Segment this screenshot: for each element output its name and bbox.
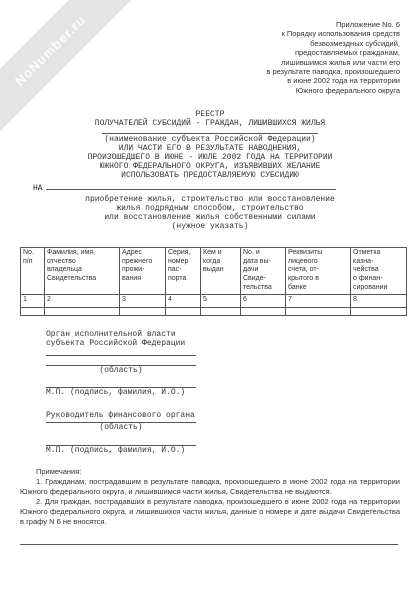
note-item: 2. Для граждан, пострадавших в результат… [20,497,400,527]
table-empty-row [21,307,407,315]
document-title-block: РЕЕСТР ПОЛУЧАТЕЛЕЙ СУБСИДИЙ - ГРАЖДАН, Л… [0,110,420,180]
title-line: ИЛИ ЧАСТИ ЕГО В РЕЗУЛЬТАТЕ НАВОДНЕНИЯ, [0,144,420,153]
subject-blank-line [102,131,318,134]
appendix-line: лишившимся жилья или части его [0,58,400,67]
empty-cell [201,307,241,315]
col-header-certificate: No. и дата вы- дачи Свиде- тельства [241,248,286,295]
index-cell: 4 [166,295,201,308]
empty-cell [286,307,351,315]
appendix-line: к Порядку использования средств [0,29,400,38]
col-header-owner-name: Фамилия, имя, отчество владельца Свидете… [45,248,120,295]
col-header-issued-by: Кем и когда выдан [201,248,241,295]
signature-block-authority: Орган исполнительной власти субъекта Рос… [46,330,420,398]
document-page: NoNumber.ru Приложение No. 6 к Порядку и… [0,0,420,600]
usage-option: жилья подрядным способом, строительство [0,204,420,213]
empty-cell [120,307,166,315]
title-line: ПРОИЗОШЕДШЕГО В ИЮНЕ - ИЮЛЕ 2002 ГОДА НА… [0,153,420,162]
registry-table: No. п/п Фамилия, имя, отчество владельца… [20,247,407,316]
table-header-row: No. п/п Фамилия, имя, отчество владельца… [21,248,407,295]
usage-option: приобретение жилья, строительство или во… [0,195,420,204]
appendix-line: в результате паводка, произошедшего [0,67,400,76]
appendix-header: Приложение No. 6 к Порядку использования… [0,0,400,95]
empty-cell [45,307,120,315]
index-cell: 5 [201,295,241,308]
index-cell: 1 [21,295,45,308]
usage-option: или восстановление жилья собственными си… [0,213,420,222]
blank-line [46,355,196,356]
table-index-row: 1 2 3 4 5 6 7 8 [21,295,407,308]
appendix-line: в июне 2002 года на территории [0,76,400,85]
col-header-bank-account: Реквизиты лицевого счета, от- крытого в … [286,248,351,295]
usage-line: НА [33,182,420,194]
col-header-passport: Серия, номер пас- порта [166,248,201,295]
empty-cell [21,307,45,315]
appendix-line: предоставляемых гражданам, [0,48,400,57]
note-item: 1. Гражданам, пострадавшим в результате … [20,477,400,497]
col-header-number: No. п/п [21,248,45,295]
index-cell: 7 [286,295,351,308]
usage-options: приобретение жилья, строительство или во… [0,195,420,231]
document-title: РЕЕСТР [0,110,420,119]
finance-head-label: Руководитель финансового органа [46,411,420,421]
appendix-line: Приложение No. 6 [0,20,400,29]
region-caption: (область) [46,366,196,376]
usage-caption: (нужное указать) [0,222,420,231]
stamp-signature-line: М.П. (подпись, фамилия, И.О.) [46,446,420,456]
index-cell: 2 [45,295,120,308]
appendix-line: Южного федерального округа [0,86,400,95]
stamp-signature-line: М.П. (подпись, фамилия, И.О.) [46,388,420,398]
appendix-line: безвозмездных субсидий, [0,39,400,48]
region-caption: (область) [46,423,196,433]
usage-prefix: НА [33,184,43,193]
col-header-treasury-mark: Отметка казна- чейства о финан- сировани… [351,248,407,295]
index-cell: 8 [351,295,407,308]
signature-block-finance-head: Руководитель финансового органа (область… [46,411,420,456]
subject-caption: (наименование субъекта Российской Федера… [0,135,420,144]
empty-cell [351,307,407,315]
title-line: ИСПОЛЬЗОВАТЬ ПРЕДОСТАВЛЯЕМУЮ СУБСИДИЮ [0,171,420,180]
usage-blank-line [46,182,336,190]
notes-heading: Примечания: [20,467,400,477]
col-header-address: Адрес прежнего прожи- вания [120,248,166,295]
notes-section: Примечания: 1. Гражданам, пострадавшим в… [20,467,400,527]
index-cell: 3 [120,295,166,308]
authority-label-line: субъекта Российской Федерации [46,339,420,349]
empty-cell [166,307,201,315]
document-subtitle: ПОЛУЧАТЕЛЕЙ СУБСИДИЙ - ГРАЖДАН, ЛИШИВШИХ… [0,119,420,128]
authority-label-line: Орган исполнительной власти [46,330,420,340]
index-cell: 6 [241,295,286,308]
title-line: ЮЖНОГО ФЕДЕРАЛЬНОГО ОКРУГА, ИЗЪЯВИВШИХ Ж… [0,162,420,171]
footer-divider [20,544,398,545]
empty-cell [241,307,286,315]
